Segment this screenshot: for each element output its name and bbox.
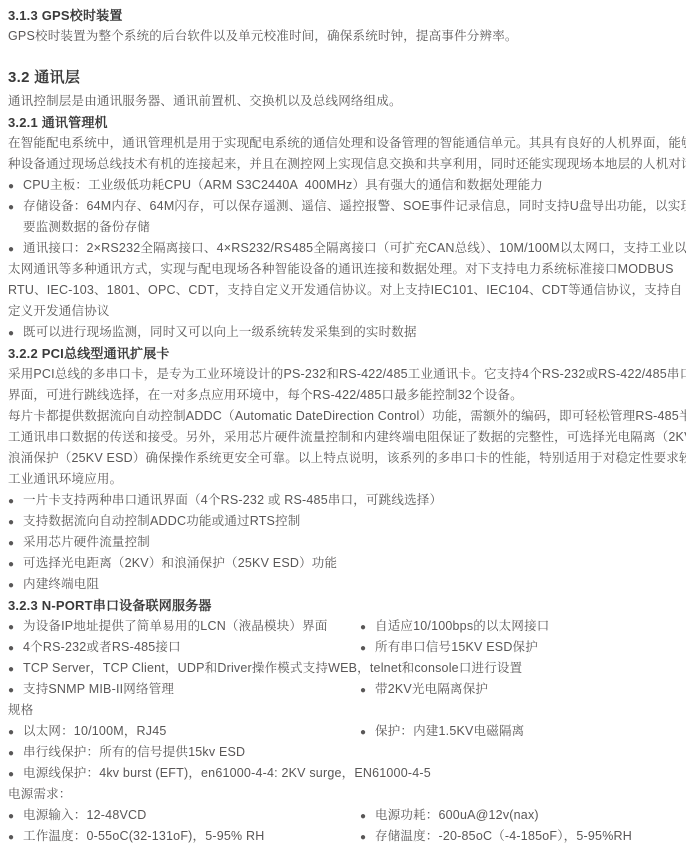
- bullet-text: 带2KV光电隔离保护: [375, 679, 488, 700]
- paragraph-line: 界面，可进行跳线选择，在一对多点应用环境中，每个RS-422/485口最多能控制…: [8, 385, 680, 406]
- bullet-text: 以太网：10/100M，RJ45: [23, 721, 167, 742]
- two-column-row: ●为设备IP地址提供了简单易用的LCN（液晶模块）界面●自适应10/100bps…: [8, 616, 680, 637]
- bullet-item: ●TCP Server，TCP Client，UDP和Driver操作模式支持W…: [8, 658, 522, 680]
- sub-section-heading: 3.2.1 通讯管理机: [8, 112, 680, 133]
- paragraph-line: GPS校时装置为整个系统的后台软件以及单元校准时间，确保系统时钟，提高事件分辨率…: [8, 26, 680, 47]
- bullet-item: ●自适应10/100bps的以太网接口: [360, 616, 550, 637]
- bullet-text: TCP Server，TCP Client，UDP和Driver操作模式支持WE…: [23, 658, 522, 679]
- bullet-text: 采用芯片硬件流量控制: [23, 532, 150, 553]
- bullet-row: ●电源线保护：4kv burst (EFT)，en61000-4-4: 2KV …: [8, 763, 680, 784]
- bullet-row: ●通讯接口：2×RS232全隔离接口、4×RS232/RS485全隔离接口（可扩…: [8, 238, 680, 259]
- bullet-icon: ●: [360, 617, 375, 638]
- bullet-icon: ●: [8, 533, 23, 554]
- bullet-icon: ●: [8, 512, 23, 533]
- bullet-text: 存储设备：64M内存、64M闪存，可以保存遥测、遥信、遥控报警、SOE事件记录信…: [23, 196, 686, 217]
- two-column-row: ●以太网：10/100M，RJ45●保护：内建1.5KV电磁隔离: [8, 721, 680, 742]
- bullet-text: 通讯接口：2×RS232全隔离接口、4×RS232/RS485全隔离接口（可扩充…: [23, 238, 686, 259]
- bullet-icon: ●: [8, 638, 23, 659]
- bullet-text: 支持SNMP MIB-II网络管理: [23, 679, 174, 700]
- paragraph-line: 浪涌保护（25KV ESD）确保操作系统更安全可靠。以上特点说明，该系列的多串口…: [8, 448, 680, 469]
- bullet-icon: ●: [8, 764, 23, 785]
- two-column-row: ●电源输入：12-48VCD●电源功耗：600uA@12v(nax): [8, 805, 680, 826]
- paragraph-line: 电源需求：: [8, 784, 680, 805]
- bullet-icon: ●: [8, 722, 23, 743]
- bullet-icon: ●: [8, 323, 23, 344]
- bullet-row: ●TCP Server，TCP Client，UDP和Driver操作模式支持W…: [8, 658, 680, 679]
- bullet-icon: ●: [360, 638, 375, 659]
- bullet-text: CPU主板：工业级低功耗CPU（ARM S3C2440A 400MHz）具有强大…: [23, 175, 543, 196]
- document-page: 3.1.3 GPS校时装置GPS校时装置为整个系统的后台软件以及单元校准时间，确…: [0, 0, 686, 847]
- bullet-icon: ●: [8, 239, 23, 260]
- two-column-row: ●支持SNMP MIB-II网络管理●带2KV光电隔离保护: [8, 679, 680, 700]
- paragraph-line: 采用PCI总线的多串口卡，是专为工业环境设计的PS-232和RS-422/485…: [8, 364, 680, 385]
- bullet-icon: ●: [8, 491, 23, 512]
- bullet-icon: ●: [8, 575, 23, 596]
- sub-section-heading: 3.2.3 N-PORT串口设备联网服务器: [8, 595, 680, 616]
- bullet-item: ●一片卡支持两种串口通讯界面（4个RS-232 或 RS-485串口，可跳线选择…: [8, 490, 442, 512]
- paragraph-line: 通讯控制层是由通讯服务器、通讯前置机、交换机以及总线网络组成。: [8, 91, 680, 112]
- bullet-row: ●支持数据流向自动控制ADDC功能或通过RTS控制: [8, 511, 680, 532]
- bullet-text: 4个RS-232或者RS-485接口: [23, 637, 181, 658]
- bullet-row: ●既可以进行现场监测，同时又可以向上一级系统转发采集到的实时数据: [8, 322, 680, 343]
- bullet-icon: ●: [8, 554, 23, 575]
- bullet-row: ●一片卡支持两种串口通讯界面（4个RS-232 或 RS-485串口，可跳线选择…: [8, 490, 680, 511]
- bullet-item: ●通讯接口：2×RS232全隔离接口、4×RS232/RS485全隔离接口（可扩…: [8, 238, 686, 260]
- bullet-continuation-line: 要监测数据的备份存储: [8, 217, 680, 238]
- bullet-item: ●工作温度：0-55oC(32-131oF)，5-95% RH: [8, 826, 360, 847]
- paragraph-line: 工业通讯环境应用。: [8, 469, 680, 490]
- bullet-row: ●存储设备：64M内存、64M闪存，可以保存遥测、遥信、遥控报警、SOE事件记录…: [8, 196, 680, 217]
- bullet-text: 存储温度：-20-85oC（-4-185oF），5-95%RH: [375, 826, 632, 847]
- bullet-text: 保护：内建1.5KV电磁隔离: [375, 721, 524, 742]
- paragraph-line: 工通讯串口数据的传送和接受。另外，采用芯片硬件流量控制和内建终端电阻保证了数据的…: [8, 427, 680, 448]
- bullet-text: 可选择光电距离（2KV）和浪涌保护（25KV ESD）功能: [23, 553, 337, 574]
- bullet-item: ●电源线保护：4kv burst (EFT)，en61000-4-4: 2KV …: [8, 763, 431, 785]
- two-column-row: ●4个RS-232或者RS-485接口●所有串口信号15KV ESD保护: [8, 637, 680, 658]
- paragraph-line: 种设备通过现场总线技术有机的连接起来，并且在测控网上实现信息交换和共享利用，同时…: [8, 154, 680, 175]
- bullet-item: ●既可以进行现场监测，同时又可以向上一级系统转发采集到的实时数据: [8, 322, 417, 344]
- paragraph-line: 太网通讯等多种通讯方式，实现与配电现场各种智能设备的通讯连接和数据处理。对下支持…: [8, 259, 680, 280]
- bullet-text: 电源线保护：4kv burst (EFT)，en61000-4-4: 2KV s…: [23, 763, 431, 784]
- paragraph-line: 规格: [8, 700, 680, 721]
- bullet-item: ●以太网：10/100M，RJ45: [8, 721, 360, 742]
- bullet-row: ●串行线保护：所有的信号提供15kv ESD: [8, 742, 680, 763]
- bullet-item: ●存储温度：-20-85oC（-4-185oF），5-95%RH: [360, 826, 632, 847]
- bullet-row: ●采用芯片硬件流量控制: [8, 532, 680, 553]
- bullet-text: 串行线保护：所有的信号提供15kv ESD: [23, 742, 245, 763]
- bullet-row: ●内建终端电阻: [8, 574, 680, 595]
- bullet-item: ●采用芯片硬件流量控制: [8, 532, 150, 554]
- bullet-item: ●内建终端电阻: [8, 574, 99, 596]
- bullet-item: ●带2KV光电隔离保护: [360, 679, 488, 700]
- section-heading: 3.2 通讯层: [8, 65, 680, 91]
- bullet-icon: ●: [8, 617, 23, 638]
- bullet-item: ●可选择光电距离（2KV）和浪涌保护（25KV ESD）功能: [8, 553, 337, 575]
- bullet-text: 所有串口信号15KV ESD保护: [375, 637, 538, 658]
- bullet-item: ●为设备IP地址提供了简单易用的LCN（液晶模块）界面: [8, 616, 360, 637]
- bullet-item: ●电源输入：12-48VCD: [8, 805, 360, 826]
- bullet-icon: ●: [360, 722, 375, 743]
- bullet-text: 电源功耗：600uA@12v(nax): [375, 805, 539, 826]
- bullet-text: 工作温度：0-55oC(32-131oF)，5-95% RH: [23, 826, 265, 847]
- bullet-item: ●保护：内建1.5KV电磁隔离: [360, 721, 524, 742]
- bullet-item: ●4个RS-232或者RS-485接口: [8, 637, 360, 658]
- bullet-icon: ●: [360, 806, 375, 827]
- bullet-icon: ●: [8, 197, 23, 218]
- spacer: [8, 47, 680, 65]
- bullet-text: 电源输入：12-48VCD: [23, 805, 146, 826]
- bullet-row: ●CPU主板：工业级低功耗CPU（ARM S3C2440A 400MHz）具有强…: [8, 175, 680, 196]
- bullet-icon: ●: [8, 680, 23, 701]
- bullet-icon: ●: [360, 680, 375, 701]
- paragraph-line: 在智能配电系统中，通讯管理机是用于实现配电系统的通信处理和设备管理的智能通信单元…: [8, 133, 680, 154]
- bullet-icon: ●: [8, 659, 23, 680]
- sub-section-heading: 3.2.2 PCI总线型通讯扩展卡: [8, 343, 680, 364]
- bullet-icon: ●: [8, 827, 23, 848]
- bullet-text: 自适应10/100bps的以太网接口: [375, 616, 550, 637]
- bullet-item: ●支持数据流向自动控制ADDC功能或通过RTS控制: [8, 511, 301, 533]
- bullet-item: ●CPU主板：工业级低功耗CPU（ARM S3C2440A 400MHz）具有强…: [8, 175, 543, 197]
- paragraph-line: 每片卡都提供数据流向自动控制ADDC（Automatic DateDirecti…: [8, 406, 680, 427]
- sub-section-heading: 3.1.3 GPS校时装置: [8, 5, 680, 26]
- bullet-icon: ●: [8, 743, 23, 764]
- two-column-row: ●工作温度：0-55oC(32-131oF)，5-95% RH●存储温度：-20…: [8, 826, 680, 847]
- bullet-item: ●电源功耗：600uA@12v(nax): [360, 805, 539, 826]
- paragraph-line: RTU、IEC-103、1801、OPC、CDT，支持自定义开发通信协议。对上支…: [8, 280, 680, 301]
- bullet-item: ●支持SNMP MIB-II网络管理: [8, 679, 360, 700]
- bullet-text: 内建终端电阻: [23, 574, 99, 595]
- bullet-text: 支持数据流向自动控制ADDC功能或通过RTS控制: [23, 511, 301, 532]
- bullet-icon: ●: [8, 176, 23, 197]
- bullet-row: ●可选择光电距离（2KV）和浪涌保护（25KV ESD）功能: [8, 553, 680, 574]
- bullet-text: 为设备IP地址提供了简单易用的LCN（液晶模块）界面: [23, 616, 328, 637]
- bullet-icon: ●: [360, 827, 375, 848]
- paragraph-line: 定义开发通信协议: [8, 301, 680, 322]
- bullet-text: 一片卡支持两种串口通讯界面（4个RS-232 或 RS-485串口，可跳线选择）: [23, 490, 442, 511]
- bullet-item: ●存储设备：64M内存、64M闪存，可以保存遥测、遥信、遥控报警、SOE事件记录…: [8, 196, 686, 218]
- bullet-text: 既可以进行现场监测，同时又可以向上一级系统转发采集到的实时数据: [23, 322, 417, 343]
- bullet-item: ●串行线保护：所有的信号提供15kv ESD: [8, 742, 245, 764]
- bullet-icon: ●: [8, 806, 23, 827]
- bullet-item: ●所有串口信号15KV ESD保护: [360, 637, 538, 658]
